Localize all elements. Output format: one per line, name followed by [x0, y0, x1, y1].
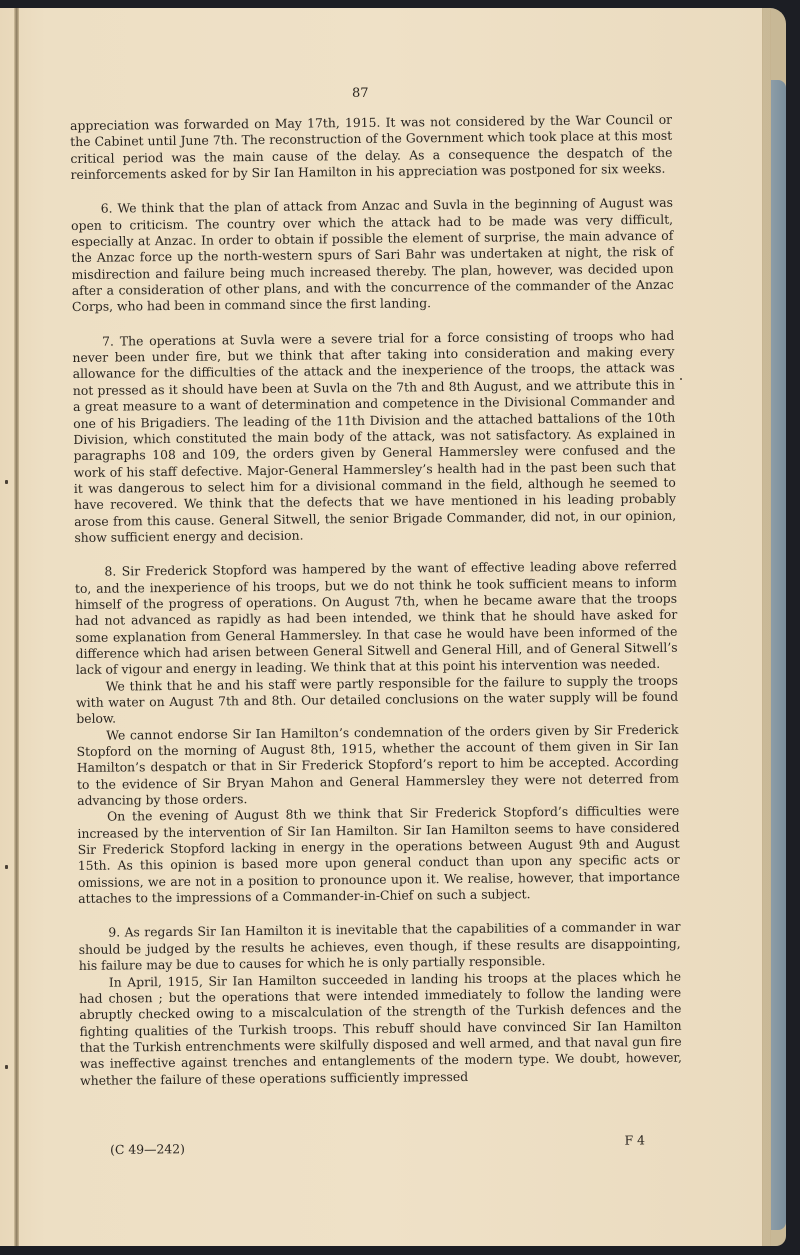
- paragraph-8: 8. Sir Frederick Stopford was hampered b…: [75, 558, 678, 679]
- margin-mark: [5, 480, 8, 484]
- page-edge-line: [770, 8, 771, 1246]
- page-edge-line: [762, 8, 763, 1246]
- margin-mark: [5, 865, 8, 869]
- document-body: appreciation was forwarded on May 17th, …: [70, 112, 682, 1089]
- paragraph-continuation: appreciation was forwarded on May 17th, …: [70, 112, 673, 184]
- print-code: (C 49—242): [110, 1141, 185, 1157]
- book-cover-edge: [770, 80, 786, 1230]
- paragraph-9: 9. As regards Sir Ian Hamilton it is ine…: [78, 919, 680, 974]
- page-number: 87: [352, 86, 369, 101]
- margin-mark: [5, 1065, 8, 1069]
- paragraph-8-water: We think that he and his staff were part…: [76, 672, 678, 727]
- signature-mark: F 4: [625, 1132, 646, 1147]
- paragraph-9-april: In April, 1915, Sir Ian Hamilton succeed…: [79, 968, 682, 1089]
- margin-mark: [680, 378, 682, 380]
- paragraph-7: 7. The operations at Suvla were a severe…: [72, 327, 676, 546]
- book-binding-gutter: [14, 8, 19, 1246]
- paragraph-6: 6. We think that the plan of attack from…: [71, 195, 674, 316]
- paragraph-8-orders: We cannot endorse Sir Ian Hamilton’s con…: [76, 721, 679, 809]
- paragraph-8-evening: On the evening of August 8th we think th…: [77, 803, 680, 907]
